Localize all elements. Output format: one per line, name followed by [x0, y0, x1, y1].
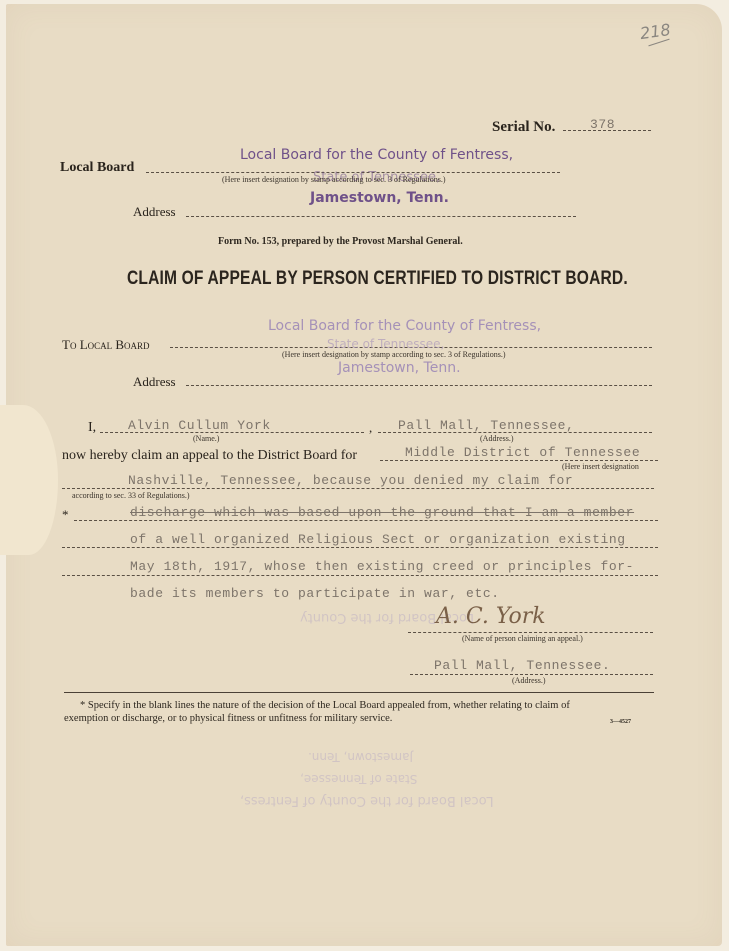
serial-label: Serial No.	[492, 119, 555, 136]
claimant-address: Pall Mall, Tennessee,	[398, 418, 574, 433]
signature-address: Pall Mall, Tennessee.	[434, 658, 610, 673]
to-board-address-label: Address	[133, 374, 176, 390]
designation-caption: (Here insert designation	[562, 462, 639, 471]
signature-address-caption: (Address.)	[512, 676, 546, 685]
local-board-label: Local Board	[60, 160, 134, 176]
form-number: Form No. 153, prepared by the Provost Ma…	[218, 236, 463, 247]
to-board-stamp-line3: Jamestown, Tenn.	[338, 360, 461, 376]
claimant-signature: A. C. York	[436, 604, 546, 629]
claimant-name: Alvin Cullum York	[128, 418, 271, 433]
claim-line-2	[62, 488, 654, 489]
local-board-note: (Here insert designation by stamp accord…	[222, 175, 446, 184]
to-board-address-line	[186, 385, 652, 386]
to-board-stamp-line1: Local Board for the County of Fentress,	[268, 318, 541, 334]
comma: ,	[369, 420, 372, 436]
footnote-rule	[64, 692, 654, 693]
claim-line-2-text: Nashville, Tennessee, because you denied…	[128, 473, 573, 488]
offset-stamp-line1: Jamestown, Tenn.	[308, 750, 413, 764]
reason-line-1	[74, 520, 658, 521]
reason-text-2: of a well organized Religious Sect or or…	[130, 532, 626, 547]
asterisk: *	[62, 507, 69, 523]
appeal-text: now hereby claim an appeal to the Distri…	[62, 448, 357, 464]
regulation-caption: according to sec. 33 of Regulations.)	[72, 491, 190, 500]
reason-line-3	[62, 575, 658, 576]
to-board-stamp-line2: State of Tennessee,	[327, 337, 444, 351]
i-label: I,	[88, 420, 96, 436]
offset-stamp-line2: State of Tennessee,	[300, 772, 417, 786]
page-title: CLAIM OF APPEAL BY PERSON CERTIFIED TO D…	[127, 268, 628, 290]
name-caption: (Name.)	[193, 434, 219, 443]
reason-text-4: bade its members to participate in war, …	[130, 586, 500, 601]
to-board-note: (Here insert designation by stamp accord…	[282, 350, 506, 359]
address-caption: (Address.)	[480, 434, 514, 443]
local-board-stamp-line3: Jamestown, Tenn.	[310, 190, 449, 206]
signature-caption: (Name of person claiming an appeal.)	[462, 634, 583, 643]
signature-line	[408, 632, 653, 633]
local-board-address-label: Address	[133, 204, 176, 220]
local-board-stamp-line1: Local Board for the County of Fentress,	[240, 147, 513, 163]
district-line	[380, 460, 658, 461]
signature-address-line	[410, 674, 653, 675]
reason-text-1: discharge which was based upon the groun…	[130, 505, 634, 520]
footnote-line2: exemption or discharge, or to physical f…	[64, 713, 392, 724]
offset-stamp-line3: Local Board for the County of Fentress,	[240, 793, 494, 808]
reason-line-2	[62, 547, 658, 548]
print-code: 3—4527	[610, 719, 631, 725]
serial-value: 378	[590, 117, 615, 132]
to-local-board-label: To Local Board	[62, 337, 150, 353]
footnote-line1: * Specify in the blank lines the nature …	[80, 700, 570, 711]
reason-text-3: May 18th, 1917, whose then existing cree…	[130, 559, 634, 574]
local-board-address-line	[186, 216, 576, 217]
district-board: Middle District of Tennessee	[405, 445, 640, 460]
